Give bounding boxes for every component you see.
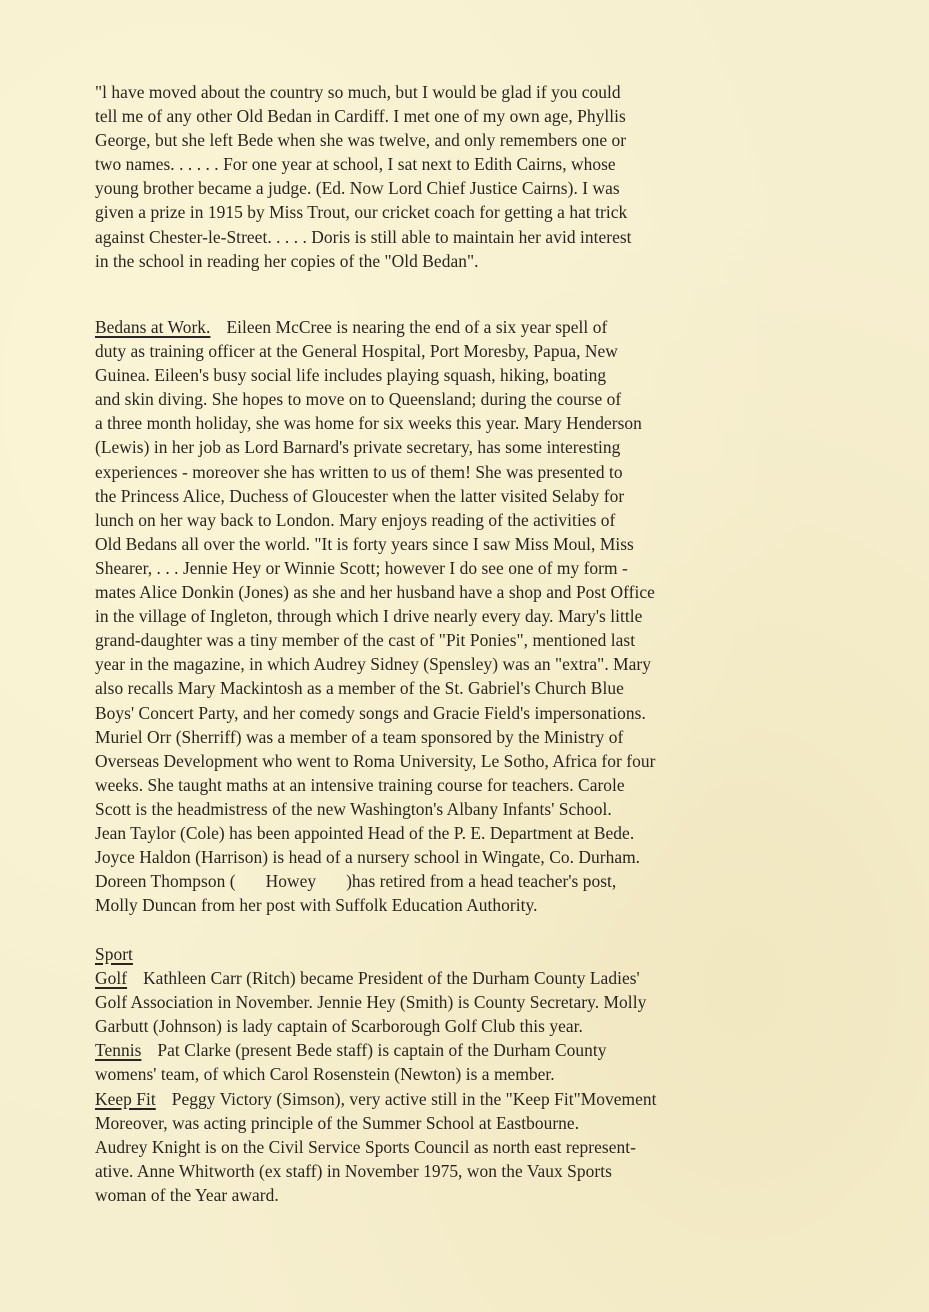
text-line: Keep FitPeggy Victory (Simson), very act… — [95, 1087, 840, 1111]
text-line: the Princess Alice, Duchess of Glouceste… — [95, 484, 840, 508]
text-line: Moreover, was acting principle of the Su… — [95, 1111, 840, 1135]
text-run: Eileen McCree is nearing the end of a si… — [226, 317, 607, 337]
bedans-at-work-section: Bedans at Work.Eileen McCree is nearing … — [95, 315, 840, 917]
text-line: Sport — [95, 942, 840, 966]
text-line: Molly Duncan from her post with Suffolk … — [95, 893, 840, 917]
text-line: grand-daughter was a tiny member of the … — [95, 628, 840, 652]
text-line: ative. Anne Whitworth (ex staff) in Nove… — [95, 1159, 840, 1183]
text-line: Audrey Knight is on the Civil Service Sp… — [95, 1135, 840, 1159]
text-line: experiences - moreover she has written t… — [95, 460, 840, 484]
text-line: GolfKathleen Carr (Ritch) became Preside… — [95, 966, 840, 990]
text-run: Doreen Thompson ( — [95, 871, 236, 891]
bleed-through-texture — [500, 1225, 504, 1241]
section-heading-sport: Sport — [95, 944, 133, 964]
text-line: womens' team, of which Carol Rosenstein … — [95, 1062, 840, 1086]
text-line: weeks. She taught maths at an intensive … — [95, 773, 840, 797]
text-run: Kathleen Carr (Ritch) became President o… — [143, 968, 640, 988]
text-line: young brother became a judge. (Ed. Now L… — [95, 176, 840, 200]
text-line: Bedans at Work.Eileen McCree is nearing … — [95, 315, 840, 339]
text-line: Shearer, . . . Jennie Hey or Winnie Scot… — [95, 556, 840, 580]
text-line: year in the magazine, in which Audrey Si… — [95, 652, 840, 676]
text-line: TennisPat Clarke (present Bede staff) is… — [95, 1038, 840, 1062]
text-line: also recalls Mary Mackintosh as a member… — [95, 676, 840, 700]
text-line: Joyce Haldon (Harrison) is head of a nur… — [95, 845, 840, 869]
text-line: in the school in reading her copies of t… — [95, 249, 840, 273]
text-line: given a prize in 1915 by Miss Trout, our… — [95, 200, 840, 224]
text-line: lunch on her way back to London. Mary en… — [95, 508, 840, 532]
text-line: two names. . . . . . For one year at sch… — [95, 152, 840, 176]
text-line: Guinea. Eileen's busy social life includ… — [95, 363, 840, 387]
subheading-tennis: Tennis — [95, 1040, 141, 1060]
text-line: a three month holiday, she was home for … — [95, 411, 840, 435]
text-line: and skin diving. She hopes to move on to… — [95, 387, 840, 411]
text-line: Jean Taylor (Cole) has been appointed He… — [95, 821, 840, 845]
text-line: Doreen Thompson (Howey)has retired from … — [95, 869, 840, 893]
text-line: in the village of Ingleton, through whic… — [95, 604, 840, 628]
text-line: tell me of any other Old Bedan in Cardif… — [95, 104, 840, 128]
text-line: against Chester-le-Street. . . . . Doris… — [95, 225, 840, 249]
letter-paragraph: "l have moved about the country so much,… — [95, 80, 840, 273]
text-line: Old Bedans all over the world. "It is fo… — [95, 532, 840, 556]
text-run: Peggy Victory (Simson), very active stil… — [172, 1089, 657, 1109]
text-line: Garbutt (Johnson) is lady captain of Sca… — [95, 1014, 840, 1038]
section-heading-bedans-at-work: Bedans at Work. — [95, 317, 210, 337]
text-line: Scott is the headmistress of the new Was… — [95, 797, 840, 821]
text-line: mates Alice Donkin (Jones) as she and he… — [95, 580, 840, 604]
text-run: )has retired from a head teacher's post, — [346, 871, 616, 891]
text-line: Muriel Orr (Sherriff) was a member of a … — [95, 725, 840, 749]
text-line: woman of the Year award. — [95, 1183, 840, 1207]
text-line: (Lewis) in her job as Lord Barnard's pri… — [95, 435, 840, 459]
sport-section: Sport GolfKathleen Carr (Ritch) became P… — [95, 942, 840, 1207]
text-line: George, but she left Bede when she was t… — [95, 128, 840, 152]
text-line: Golf Association in November. Jennie Hey… — [95, 990, 840, 1014]
text-line: duty as training officer at the General … — [95, 339, 840, 363]
subheading-golf: Golf — [95, 968, 127, 988]
maiden-name-insert: Howey — [266, 871, 316, 891]
text-line: Boys' Concert Party, and her comedy song… — [95, 701, 840, 725]
text-run: Pat Clarke (present Bede staff) is capta… — [157, 1040, 606, 1060]
text-line: "l have moved about the country so much,… — [95, 80, 840, 104]
scanned-page: "l have moved about the country so much,… — [0, 0, 929, 1312]
text-line: Overseas Development who went to Roma Un… — [95, 749, 840, 773]
subheading-keep-fit: Keep Fit — [95, 1089, 156, 1109]
